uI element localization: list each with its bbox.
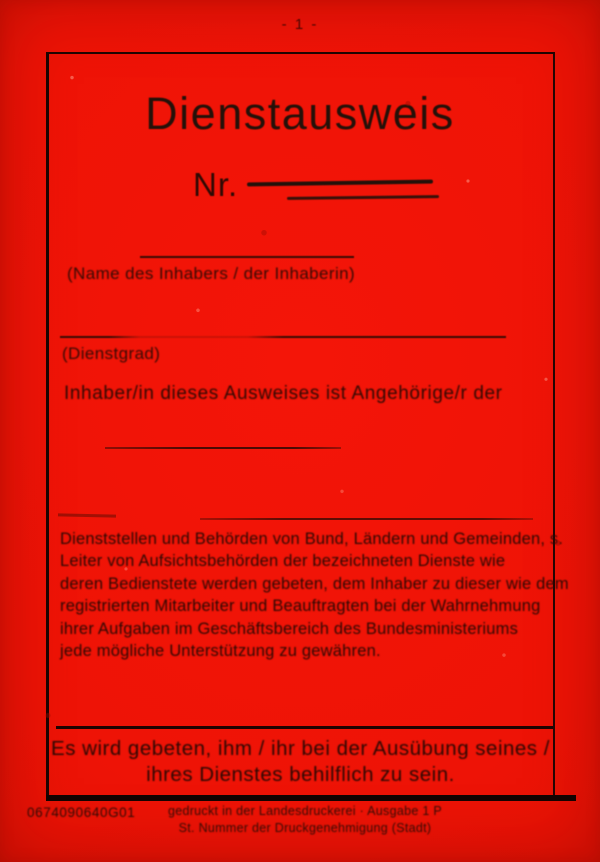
page-number-marker: - 1 - xyxy=(0,16,600,33)
name-caption: (Name des Inhabers / der Inhaberin) xyxy=(67,264,355,284)
nr-label: Nr. xyxy=(193,166,238,204)
paragraph-line: Dienststellen und Behörden von Bund, Län… xyxy=(60,528,552,550)
name-rule-line xyxy=(140,256,354,258)
footer-code: 0674090640G01 xyxy=(27,805,135,820)
organization-fill-line-1 xyxy=(105,447,341,449)
card-border xyxy=(46,52,555,796)
legal-paragraph: Dienststellen und Behörden von Bund, Län… xyxy=(60,528,552,662)
assistance-request-line-1: Es wird gebeten, ihm / ihr bei der Ausüb… xyxy=(46,737,555,761)
rank-rule-line xyxy=(60,336,506,338)
assistance-request-line-2: ihres Dienstes behilflich zu sein. xyxy=(46,763,555,787)
document-page: { "page": { "marker": "- 1 -" }, "card":… xyxy=(0,0,600,862)
paragraph-line: Leiter von Aufsichtsbehörden der bezeich… xyxy=(60,550,552,572)
organization-fill-line-2 xyxy=(200,518,533,520)
paragraph-line: jede mögliche Unterstützung zu gewähren. xyxy=(60,640,552,662)
footer-print-line-2: St. Nummer der Druckgenehmigung (Stadt) xyxy=(150,821,460,835)
rank-caption: (Dienstgrad) xyxy=(62,344,160,364)
footer-print-line-1: gedruckt in der Landesdruckerei · Ausgab… xyxy=(150,804,460,818)
paragraph-line: ihrer Aufgaben im Geschäftsbereich des B… xyxy=(60,618,552,640)
card-title: Dienstausweis xyxy=(0,88,600,140)
paragraph-line: deren Bedienstete werden gebeten, dem In… xyxy=(60,573,552,595)
divider-line xyxy=(56,726,553,729)
membership-text: Inhaber/in dieses Ausweises ist Angehöri… xyxy=(64,383,550,405)
paragraph-line: registrierten Mitarbeiter und Beauftragt… xyxy=(60,595,552,617)
bottom-rule xyxy=(46,795,576,801)
